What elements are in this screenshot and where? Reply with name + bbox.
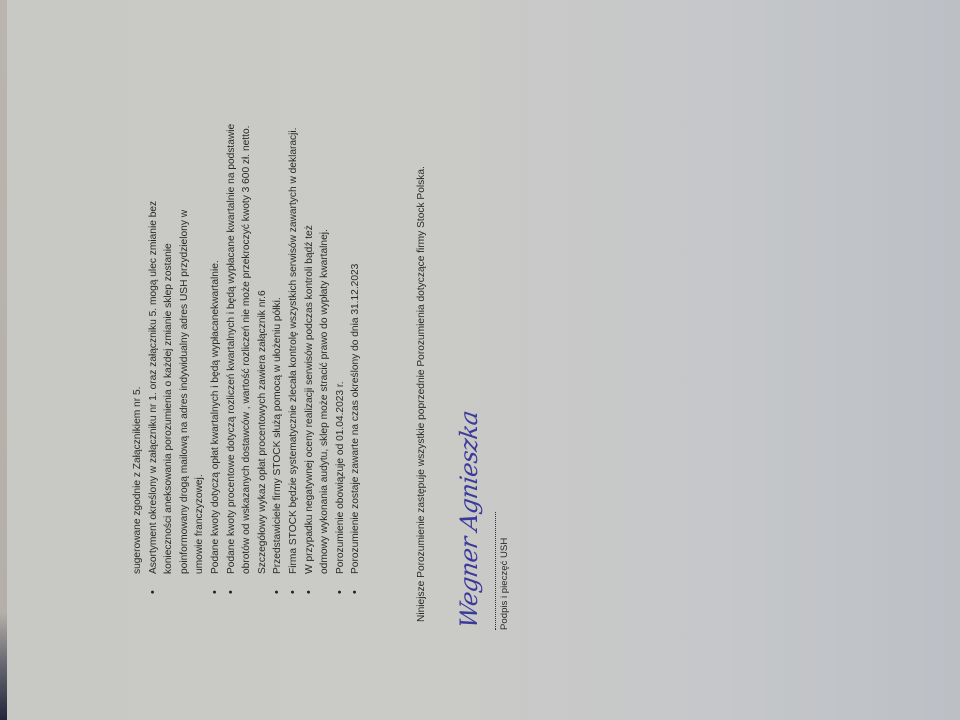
list-line: konieczności aneksowania porozumienia o … <box>161 130 177 600</box>
list-line: odmowy wykonania audytu, sklep może stra… <box>317 130 333 600</box>
handwritten-signature: Wegner Agnieszka <box>455 409 483 630</box>
list-line: Szczegółowy wykaz opłat procentowych zaw… <box>255 130 271 600</box>
list-item: W przypadku negatywnej oceny realizacji … <box>302 130 318 600</box>
list-item: Podane kwoty dotyczą opłat kwartalnych i… <box>208 130 224 600</box>
closing-statement: Niniejsze Porozumienie zastępuje wszystk… <box>416 166 427 622</box>
signature-block: Wegner Agnieszka Podpis i pieczęć USH <box>455 430 535 630</box>
list-item: Firma STOCK będzie systematycznie zlecał… <box>286 130 302 600</box>
signature-caption: Podpis i pieczęć USH <box>499 538 510 630</box>
terms-list: sugerowane zgodnie z Załącznikiem nr 5. … <box>130 130 364 600</box>
list-line: poinformowany drogą mailową na adres ind… <box>177 130 193 600</box>
list-item: Asortyment określony w załączniku nr 1. … <box>146 130 162 600</box>
list-line: umowie franczyzowej. <box>192 130 208 600</box>
list-item: Przedstawiciele firmy STOCK służą pomocą… <box>270 130 286 600</box>
list-item: Podane kwoty procentowe dotyczą rozlicze… <box>224 130 240 600</box>
list-line: sugerowane zgodnie z Załącznikiem nr 5. <box>130 130 146 600</box>
signature-line <box>495 512 496 630</box>
list-line: obrotów od wskazanych dostawców , wartoś… <box>239 130 255 600</box>
list-item: Porozumienie obowiązuje od 01.04.2023 r. <box>333 130 349 600</box>
desk-edge <box>0 0 7 720</box>
list-item: Porozumienie zostaje zawarte na czas okr… <box>348 130 364 600</box>
